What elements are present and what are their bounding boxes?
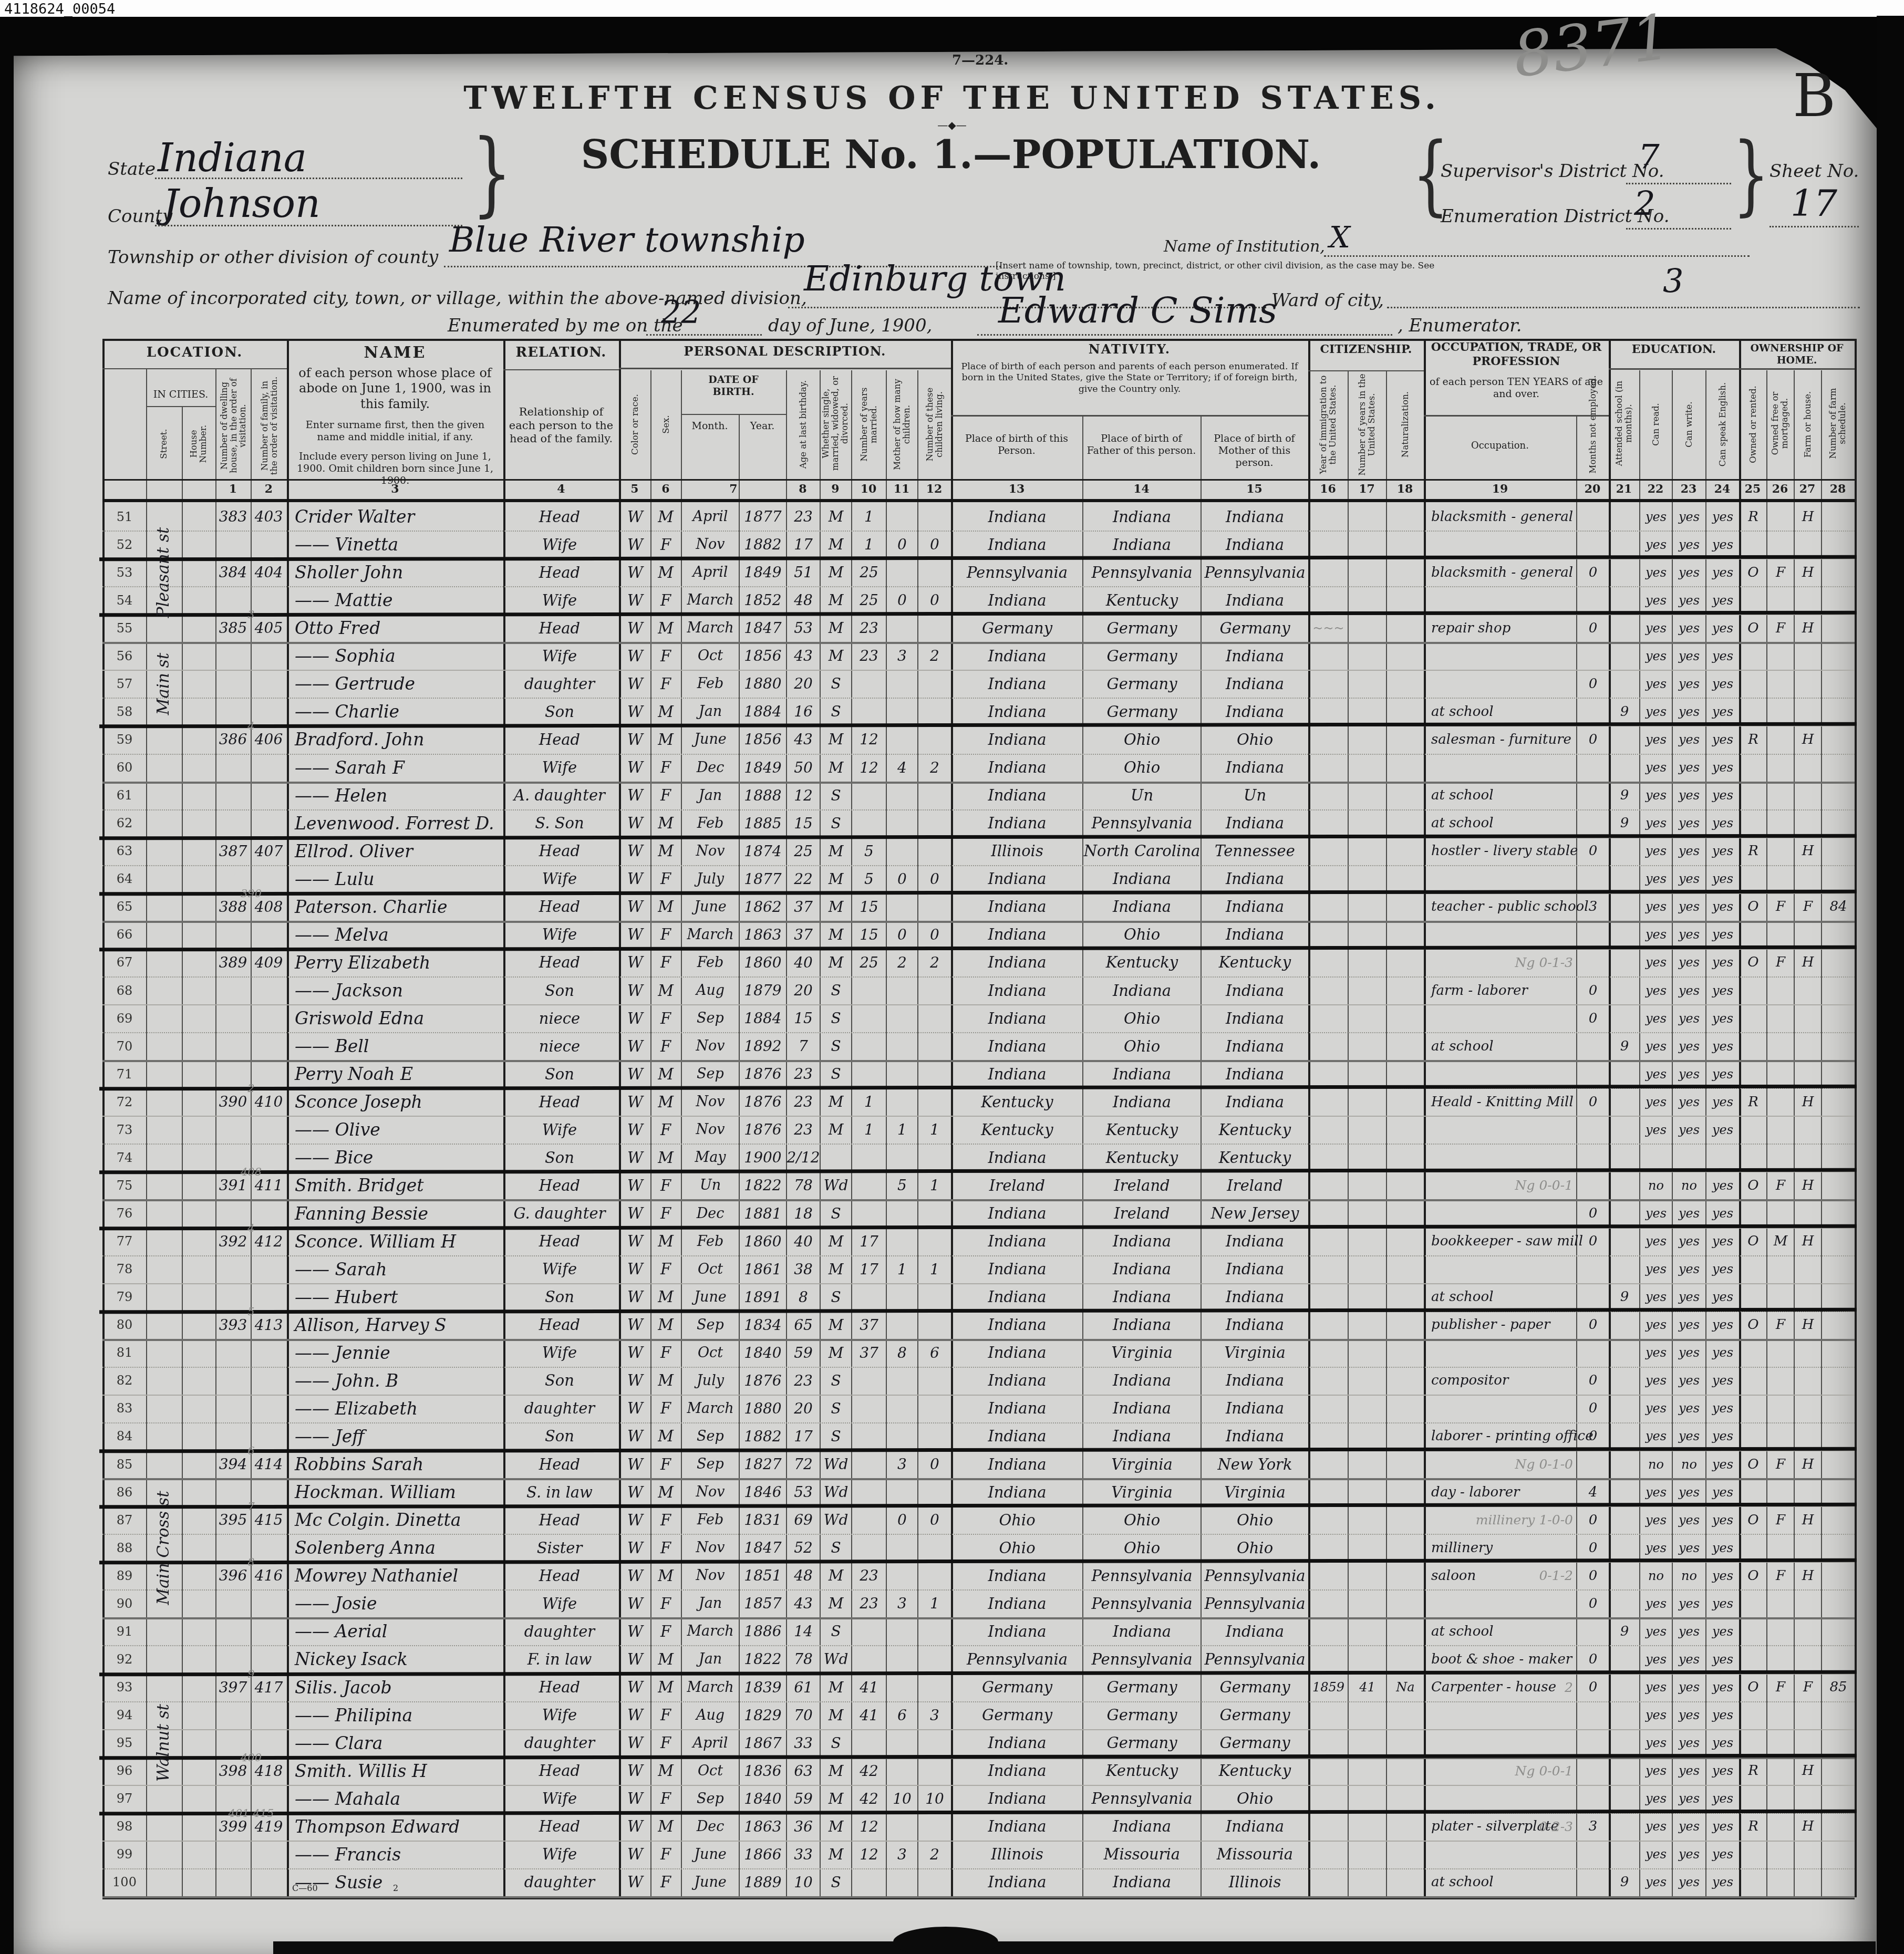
cell-ym: 15 [852, 921, 886, 949]
cell-by: 1891 [740, 1283, 786, 1311]
cell-sex: M [650, 1283, 681, 1311]
cell-bm: Nov [682, 1032, 739, 1060]
cell-rd: yes [1640, 893, 1672, 921]
cell-bm: June [682, 1841, 739, 1868]
cell-ym: 23 [852, 1589, 886, 1617]
cell-by: 1879 [740, 976, 786, 1004]
cell-pf: Germany [1083, 670, 1201, 698]
cell-ym: 41 [852, 1701, 886, 1729]
cell-rd: yes [1640, 1228, 1672, 1255]
cell-mo: 0 [887, 865, 917, 893]
cell-pb: Indiana [952, 865, 1082, 893]
cell-n: 97 [104, 1785, 146, 1813]
grid-vline [1855, 339, 1857, 1897]
cell-pb: Indiana [952, 1562, 1082, 1589]
cell-mar: Wd [821, 1450, 851, 1478]
cell-mar: S [821, 1032, 851, 1060]
cell-pm: Indiana [1202, 586, 1308, 614]
cell-pb: Germany [952, 1701, 1082, 1729]
cell-col: W [620, 725, 650, 753]
cell-mar: M [821, 1813, 851, 1841]
cell-sch: 9 [1610, 782, 1639, 809]
cell-sex: M [650, 809, 681, 837]
cell-en: yes [1706, 503, 1739, 531]
header-vert-marital: Whether single, married, widowed, or div… [820, 371, 851, 475]
cell-bm: Oct [682, 1255, 739, 1283]
cell-name: —— Mahala [289, 1785, 505, 1813]
cell-col: W [620, 1757, 650, 1785]
cell-ym: 25 [852, 558, 886, 586]
township-label: Township or other division of county [108, 247, 438, 268]
cell-ym: 37 [852, 1339, 886, 1367]
cell-pf: Ohio [1083, 1004, 1201, 1032]
cell-n: 80 [104, 1311, 146, 1339]
street-name: Walnut st [146, 1658, 182, 1828]
cell-pb: Indiana [952, 921, 1082, 949]
cell-pm: Germany [1202, 1701, 1308, 1729]
cell-col: W [620, 614, 650, 642]
grid-hline [102, 479, 1855, 481]
cell-age: 20 [787, 670, 820, 698]
header-vert-years_us: Number of years in the United States. [1348, 373, 1386, 476]
cell-ym: 42 [852, 1757, 886, 1785]
cell-wr: yes [1673, 1228, 1705, 1255]
cell-en: yes [1706, 698, 1739, 725]
cell-age: 22 [787, 865, 820, 893]
header-col-number: 9 [820, 482, 851, 496]
table-row: 82—— John. BSonWMJuly187623SIndianaIndia… [102, 1367, 1855, 1396]
enumerated-mid: day of June, 1900, [768, 315, 932, 336]
table-row: 72390410Sconce JosephHeadWMNov187623M1Ke… [102, 1088, 1855, 1117]
cell-occ: blacksmith - general [1427, 558, 1580, 586]
cell-pf: North Carolina [1083, 837, 1201, 865]
cell-rel: Son [504, 1144, 615, 1171]
cell-pf: Indiana [1083, 1060, 1201, 1088]
cell-pm: Indiana [1202, 1004, 1308, 1032]
table-row: 56—— SophiaWifeWFOct185643M2332IndianaGe… [102, 642, 1855, 671]
cell-free: F [1767, 1562, 1794, 1589]
cell-ym: 5 [852, 865, 886, 893]
cell-pb: Indiana [952, 1617, 1082, 1645]
cell-n: 99 [104, 1841, 146, 1868]
cell-n: 75 [104, 1171, 146, 1199]
cell-rd: yes [1640, 809, 1672, 837]
cell-ym: 5 [852, 837, 886, 865]
cell-pf: Pennsylvania [1083, 1589, 1201, 1617]
cell-pb: Indiana [952, 893, 1082, 921]
cell-dwelling-pencil: 390 [215, 886, 287, 901]
cell-rd: yes [1640, 586, 1672, 614]
header-col-number: 3 [287, 482, 503, 496]
cell-pm: Ohio [1202, 1534, 1308, 1562]
cell-col: W [620, 976, 650, 1004]
cell-sex: F [650, 865, 681, 893]
cell-age: 23 [787, 1088, 820, 1116]
cell-mo: 4 [887, 754, 917, 782]
header-col-number: 25 [1739, 482, 1766, 496]
cell-sex: F [650, 1395, 681, 1422]
cell-sex: M [650, 837, 681, 865]
cell-own: R [1740, 725, 1766, 753]
cell-n: 54 [104, 586, 146, 614]
cell-pb: Indiana [952, 1589, 1082, 1617]
cell-rd: yes [1640, 1645, 1672, 1673]
cell-sex: F [650, 642, 681, 670]
header-location: LOCATION. [102, 345, 287, 361]
cell-by: 1876 [740, 1088, 786, 1116]
schedule-title: SCHEDULE No. 1.—POPULATION. [557, 132, 1345, 178]
cell-col: W [620, 782, 650, 809]
cell-age: 43 [787, 725, 820, 753]
cell-sex: F [650, 949, 681, 976]
cell-pm: Pennsylvania [1202, 1589, 1308, 1617]
cell-rel: Head [504, 1757, 615, 1785]
cell-bm: March [682, 1617, 739, 1645]
cell-n: 68 [104, 976, 146, 1004]
cell-rd: yes [1640, 1088, 1672, 1116]
cell-ym: 42 [852, 1785, 886, 1813]
grid-hline [1424, 415, 1609, 417]
cell-bm: Jan [682, 782, 739, 809]
cell-mo: 2 [887, 949, 917, 976]
cell-rd: yes [1640, 921, 1672, 949]
cell-bm: April [682, 1729, 739, 1757]
cell-rd: yes [1640, 1367, 1672, 1395]
cell-bm: Dec [682, 1813, 739, 1841]
cell-pf: Kentucky [1083, 1144, 1201, 1171]
cell-wr: yes [1673, 1617, 1705, 1645]
cell-name: —— Melva [289, 921, 505, 949]
cell-rd: yes [1640, 725, 1672, 753]
cell-pm: Germany [1202, 1674, 1308, 1701]
cell-n: 70 [104, 1032, 146, 1060]
cell-name: Paterson. Charlie [289, 893, 505, 921]
header-col-number: 11 [886, 482, 917, 496]
cell-pm: Kentucky [1202, 1116, 1308, 1144]
cell-bm: Un [682, 1171, 739, 1199]
cell-wr: yes [1673, 1422, 1705, 1450]
cell-bm: Sep [682, 1060, 739, 1088]
cell-age: 63 [787, 1757, 820, 1785]
cell-name: Mowrey Nathaniel [289, 1562, 505, 1589]
cell-bm: Nov [682, 1534, 739, 1562]
cell-col: W [620, 1339, 650, 1367]
cell-en: yes [1706, 1757, 1739, 1785]
cell-pm: Ohio [1202, 725, 1308, 753]
cell-n: 67 [104, 949, 146, 976]
cell-own: O [1740, 1311, 1766, 1339]
cell-n: 57 [104, 670, 146, 698]
cell-mar: M [821, 614, 851, 642]
cell-rel: Son [504, 1060, 615, 1088]
header-ownership: OWNERSHIP OF HOME. [1739, 342, 1855, 367]
cell-by: 1860 [740, 949, 786, 976]
cell-name: Allison, Harvey S [289, 1311, 505, 1339]
title-ornament: —◆— [899, 119, 1005, 131]
cell-age: 37 [787, 893, 820, 921]
day-line [646, 334, 762, 336]
cell-own: O [1740, 1674, 1766, 1701]
cell-by: 1876 [740, 1367, 786, 1395]
cell-name: —— Josie [289, 1589, 505, 1617]
cell-pf: Ohio [1083, 1506, 1201, 1534]
cell-pb: Indiana [952, 1367, 1082, 1395]
table-row: 75391411Smith. BridgetHeadWFUn182278Wd51… [102, 1171, 1855, 1201]
table-row: 91—— AerialdaughterWFMarch188614SIndiana… [102, 1617, 1855, 1646]
table-row: 65388408Paterson. CharlieHeadWMJune18623… [102, 893, 1855, 923]
cell-by: 1834 [740, 1311, 786, 1339]
cell-pm: Indiana [1202, 976, 1308, 1004]
cell-n: 71 [104, 1060, 146, 1088]
cell-n: 73 [104, 1116, 146, 1144]
cell-pm: Indiana [1202, 1311, 1308, 1339]
cell-pb: Indiana [952, 670, 1082, 698]
table-row: 51383403Crider WalterHeadWMApril187723M1… [102, 503, 1855, 532]
table-row: 59386406Bradford. JohnHeadWMJune185643M1… [102, 725, 1855, 754]
cell-pf: Pennsylvania [1083, 809, 1201, 837]
table-row: 87395415Mc Colgin. DinettaHeadWFFeb18316… [102, 1506, 1855, 1535]
cell-en: yes [1706, 1255, 1739, 1283]
form-number: 7—224. [952, 53, 1008, 68]
cell-pm: Indiana [1202, 1813, 1308, 1841]
cell-occ: blacksmith - general [1427, 503, 1580, 531]
cell-wr: yes [1673, 1311, 1705, 1339]
cell-pb: Indiana [952, 782, 1082, 809]
header-col-number: 26 [1766, 482, 1794, 496]
cell-sex: F [650, 1729, 681, 1757]
cell-pb: Indiana [952, 1060, 1082, 1088]
cell-wr: yes [1673, 1729, 1705, 1757]
plate-footnote-2: 2 [393, 1883, 398, 1893]
cell-occ: publisher - paper [1427, 1311, 1580, 1339]
cell-mo: 0 [887, 586, 917, 614]
cell-col: W [620, 1450, 650, 1478]
cell-sex: M [650, 893, 681, 921]
cell-age: 40 [787, 949, 820, 976]
cell-bm: Nov [682, 1116, 739, 1144]
cell-pf: Ireland [1083, 1200, 1201, 1228]
cell-bm: March [682, 1674, 739, 1701]
cell-pb: Indiana [952, 1395, 1082, 1422]
cell-pm: Indiana [1202, 642, 1308, 670]
cell-unemp: 0 [1577, 1088, 1609, 1116]
cell-dwelling-pencil: 5 [215, 1304, 287, 1319]
cell-sch: 9 [1610, 1283, 1639, 1311]
header-vert-street: Street. [146, 410, 182, 478]
cell-occ: Heald - Knitting Mill [1427, 1088, 1580, 1116]
cell-ym: 25 [852, 949, 886, 976]
cell-sex: F [650, 1339, 681, 1367]
cell-wr: yes [1673, 503, 1705, 531]
cell-en: yes [1706, 558, 1739, 586]
cell-pf: Virginia [1083, 1478, 1201, 1506]
cell-rel: Wife [504, 1116, 615, 1144]
cell-liv: 6 [918, 1339, 951, 1367]
institution-value: X [1329, 221, 1350, 255]
cell-en: yes [1706, 1701, 1739, 1729]
cell-rd: yes [1640, 976, 1672, 1004]
cell-name: —— Sophia [289, 642, 505, 670]
cell-name: Mc Colgin. Dinetta [289, 1506, 505, 1534]
cell-rd: yes [1640, 1674, 1672, 1701]
cell-sex: M [650, 698, 681, 725]
cell-mar: M [821, 725, 851, 753]
cell-rd: yes [1640, 1813, 1672, 1841]
grid-hline [102, 339, 1855, 341]
cell-ym: 23 [852, 614, 886, 642]
cell-dwelling-pencil: 408 [215, 1164, 287, 1180]
cell-occupation-pencil: Ng 0-1-3 [1427, 949, 1573, 976]
header-pob-father: Place of birth of Father of this person. [1084, 433, 1198, 457]
cell-wr: yes [1673, 1841, 1705, 1868]
cell-rel: daughter [504, 670, 615, 698]
cell-free: F [1767, 1506, 1794, 1534]
cell-en: yes [1706, 1589, 1739, 1617]
cell-wr: yes [1673, 754, 1705, 782]
cell-pm: Virginia [1202, 1339, 1308, 1367]
cell-fam: 404 [251, 558, 287, 586]
cell-rd: yes [1640, 642, 1672, 670]
cell-pm: Indiana [1202, 503, 1308, 531]
cell-wr: yes [1673, 725, 1705, 753]
cell-wr: yes [1673, 670, 1705, 698]
cell-en: yes [1706, 642, 1739, 670]
cell-pb: Indiana [952, 1813, 1082, 1841]
cell-fh: H [1795, 503, 1821, 531]
cell-pf: Indiana [1083, 1311, 1201, 1339]
cell-pb: Indiana [952, 1228, 1082, 1255]
cell-age: 53 [787, 614, 820, 642]
cell-col: W [620, 670, 650, 698]
cell-name: —— Sarah [289, 1255, 505, 1283]
cell-mo: 3 [887, 1841, 917, 1868]
cell-fh: F [1795, 893, 1821, 921]
table-row: 85394414Robbins SarahHeadWFSep182772Wd30… [102, 1450, 1855, 1480]
cell-bm: May [682, 1144, 739, 1171]
township-note: [Insert name of township, town, precinct… [996, 261, 1468, 282]
cell-sex: M [650, 1144, 681, 1171]
cell-rd: yes [1640, 503, 1672, 531]
cell-sex: M [650, 1562, 681, 1589]
cell-sex: F [650, 1004, 681, 1032]
header-vert-mother_of: Mother of how many children. [886, 373, 917, 476]
cell-liv: 0 [918, 921, 951, 949]
cell-rel: Wife [504, 865, 615, 893]
cell-by: 1882 [740, 531, 786, 558]
cell-en: yes [1706, 1868, 1739, 1896]
cell-bm: Sep [682, 1004, 739, 1032]
cell-col: W [620, 1645, 650, 1673]
institution-label: Name of Institution, [1164, 237, 1325, 256]
cell-wr: yes [1673, 1701, 1705, 1729]
cell-sex: M [650, 1367, 681, 1395]
cell-en: yes [1706, 865, 1739, 893]
cell-free: F [1767, 949, 1794, 976]
table-row: 69Griswold EdnanieceWFSep188415SIndianaO… [102, 1004, 1855, 1033]
header-col-number: 24 [1705, 482, 1739, 496]
cell-pb: Indiana [952, 1785, 1082, 1813]
header-col-number: 20 [1576, 482, 1609, 496]
cell-name: Perry Noah E [289, 1060, 505, 1088]
header-col-number: 1 [215, 482, 251, 496]
cell-rel: Head [504, 893, 615, 921]
grid-hline [951, 415, 1308, 417]
cell-mar: M [821, 531, 851, 558]
cell-rel: Son [504, 698, 615, 725]
cell-wr: yes [1673, 893, 1705, 921]
cell-mar: M [821, 865, 851, 893]
cell-age: 8 [787, 1283, 820, 1311]
cell-en: yes [1706, 1228, 1739, 1255]
cell-mar: M [821, 1116, 851, 1144]
cell-n: 96 [104, 1757, 146, 1785]
cell-age: 20 [787, 1395, 820, 1422]
table-row: 93397417Silis. JacobHeadWMMarch183961M41… [102, 1674, 1855, 1702]
cell-wr: yes [1673, 1506, 1705, 1534]
cell-col: W [620, 558, 650, 586]
cell-rel: daughter [504, 1617, 615, 1645]
header-month: Month. [681, 420, 739, 432]
cell-own: O [1740, 1562, 1766, 1589]
cell-by: 1889 [740, 1868, 786, 1896]
cell-col: W [620, 1422, 650, 1450]
cell-fh: H [1795, 1088, 1821, 1116]
cell-rd: yes [1640, 1701, 1672, 1729]
cell-pb: Indiana [952, 1729, 1082, 1757]
cell-age: 18 [787, 1200, 820, 1228]
enum-district-line [1626, 228, 1731, 230]
cell-occ: repair shop [1427, 614, 1580, 642]
cell-rd: yes [1640, 949, 1672, 976]
cell-pf: Indiana [1083, 1367, 1201, 1395]
cell-ym: 17 [852, 1228, 886, 1255]
cell-mar: M [821, 921, 851, 949]
cell-fh: H [1795, 1562, 1821, 1589]
cell-pm: Indiana [1202, 1032, 1308, 1060]
cell-own: O [1740, 1506, 1766, 1534]
cell-mar: S [821, 1422, 851, 1450]
cell-col: W [620, 1589, 650, 1617]
cell-dwelling-pencil: 4 [215, 1220, 287, 1236]
cell-occ: day - laborer [1427, 1478, 1580, 1506]
cell-pf: Ohio [1083, 921, 1201, 949]
cell-occ: bookkeeper - saw mill [1427, 1228, 1580, 1255]
cell-en: yes [1706, 1004, 1739, 1032]
cell-mar: S [821, 1868, 851, 1896]
cell-unemp: 0 [1577, 837, 1609, 865]
cell-mar: M [821, 642, 851, 670]
cell-rel: Wife [504, 642, 615, 670]
cell-unemp: 0 [1577, 1422, 1609, 1450]
cell-pm: Indiana [1202, 1283, 1308, 1311]
cell-occ: at school [1427, 1283, 1580, 1311]
cell-pf: Indiana [1083, 893, 1201, 921]
cell-bm: March [682, 614, 739, 642]
cell-pb: Indiana [952, 809, 1082, 837]
cell-mar: M [821, 558, 851, 586]
cell-liv: 2 [918, 754, 951, 782]
cell-pf: Pennsylvania [1083, 1562, 1201, 1589]
cell-pf: Indiana [1083, 1422, 1201, 1450]
county-line [155, 225, 462, 226]
cell-wr: yes [1673, 614, 1705, 642]
cell-pb: Kentucky [952, 1088, 1082, 1116]
cell-by: 1836 [740, 1757, 786, 1785]
cell-rel: Son [504, 1283, 615, 1311]
cell-pm: Pennsylvania [1202, 1645, 1308, 1673]
cell-unemp: 0 [1577, 1589, 1609, 1617]
cell-bm: Aug [682, 1701, 739, 1729]
